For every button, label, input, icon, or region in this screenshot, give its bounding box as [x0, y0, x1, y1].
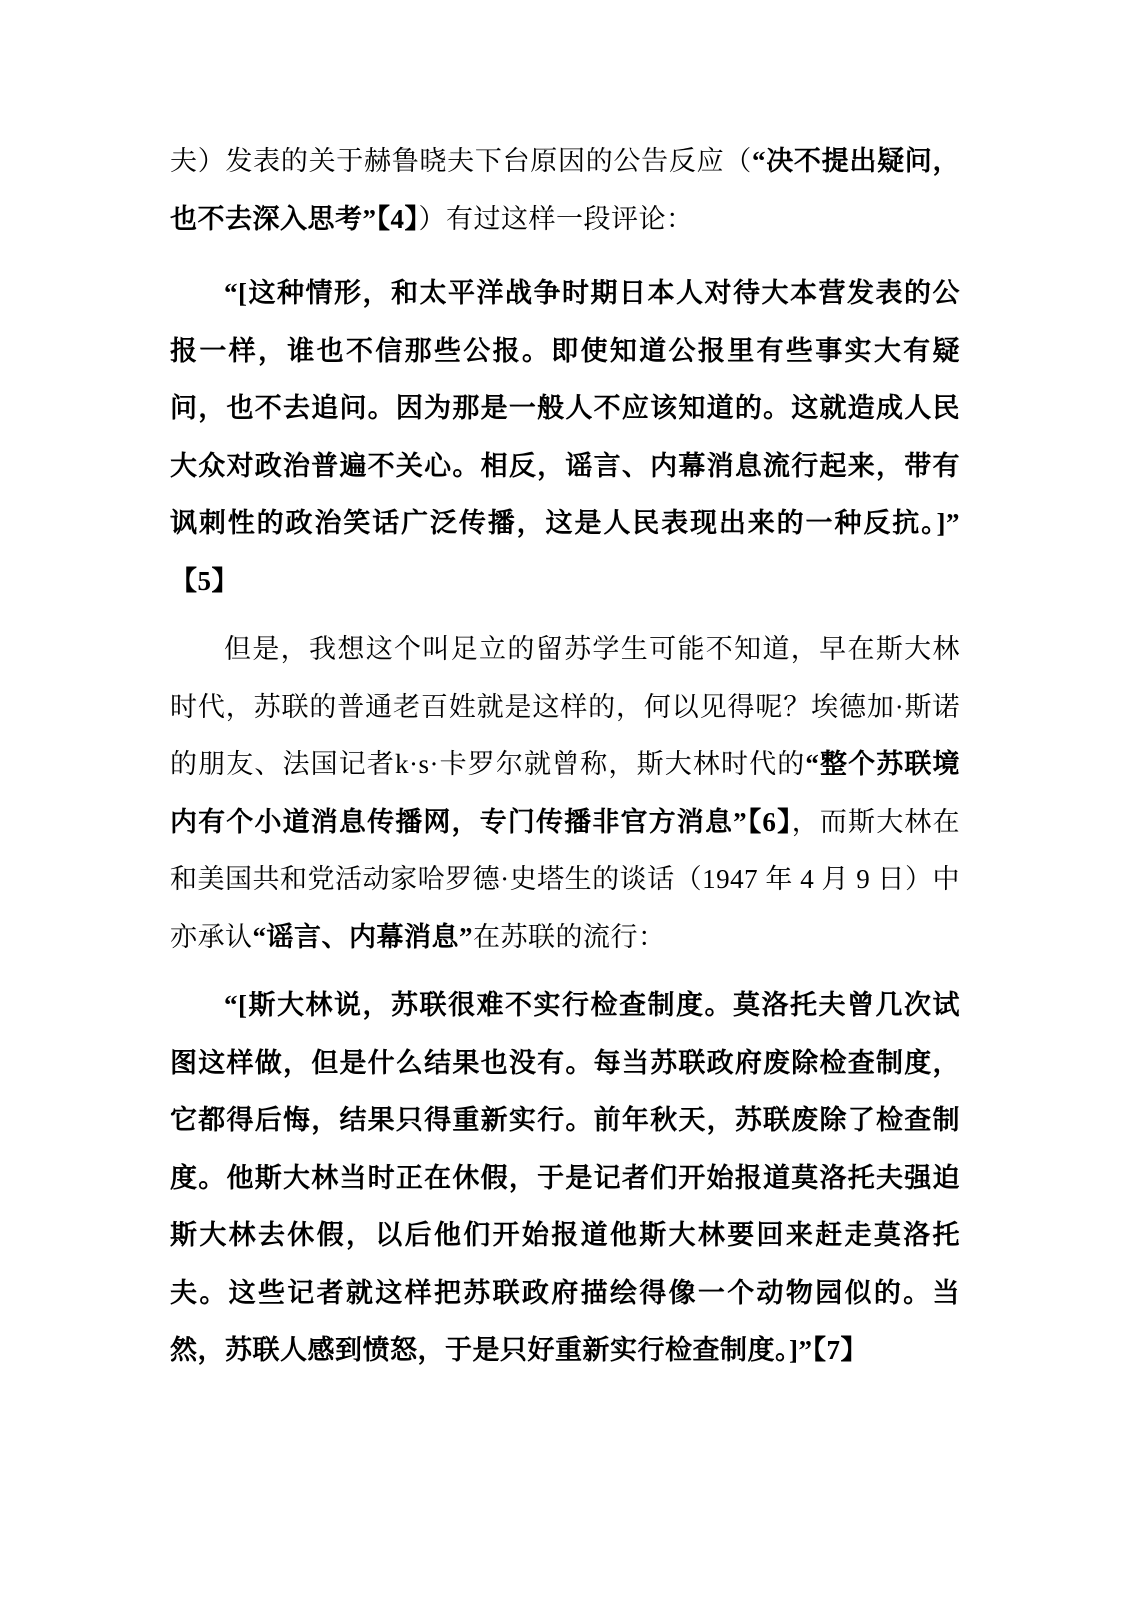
footnote-ref-6: 【6】 [747, 807, 792, 837]
quote-text: “[斯大林说，苏联很难不实行检查制度。莫洛托夫曾几次试图这样做，但是什么结果也没… [170, 990, 960, 1365]
text-run: 在苏联的流行： [473, 922, 666, 952]
footnote-ref-5: 【5】 [170, 566, 239, 596]
text-run: 夫）发表的关于赫鲁晓夫下台原因的公告反应（ [170, 146, 752, 176]
paragraph-narrative: 但是，我想这个叫足立的留苏学生可能不知道，早在斯大林时代，苏联的普通老百姓就是这… [170, 621, 960, 966]
text-run: ）有过这样一段评论： [419, 204, 694, 234]
document-page: 夫）发表的关于赫鲁晓夫下台原因的公告反应（“决不提出疑问，也不去深入思考”【4】… [0, 0, 1131, 1600]
block-quote-2: “[斯大林说，苏联很难不实行检查制度。莫洛托夫曾几次试图这样做，但是什么结果也没… [170, 977, 960, 1380]
block-quote-1: “[这种情形，和太平洋战争时期日本人对待大本营发表的公报一样，谁也不信那些公报。… [170, 265, 960, 610]
paragraph-continuation: 夫）发表的关于赫鲁晓夫下台原因的公告反应（“决不提出疑问，也不去深入思考”【4】… [170, 133, 960, 248]
footnote-ref-7: 【7】 [813, 1335, 869, 1365]
quote-text: “[这种情形，和太平洋战争时期日本人对待大本营发表的公报一样，谁也不信那些公报。… [170, 278, 960, 538]
quoted-emphasis-text: “谣言、内幕消息” [253, 922, 474, 952]
footnote-ref-4: 【4】 [377, 204, 419, 234]
